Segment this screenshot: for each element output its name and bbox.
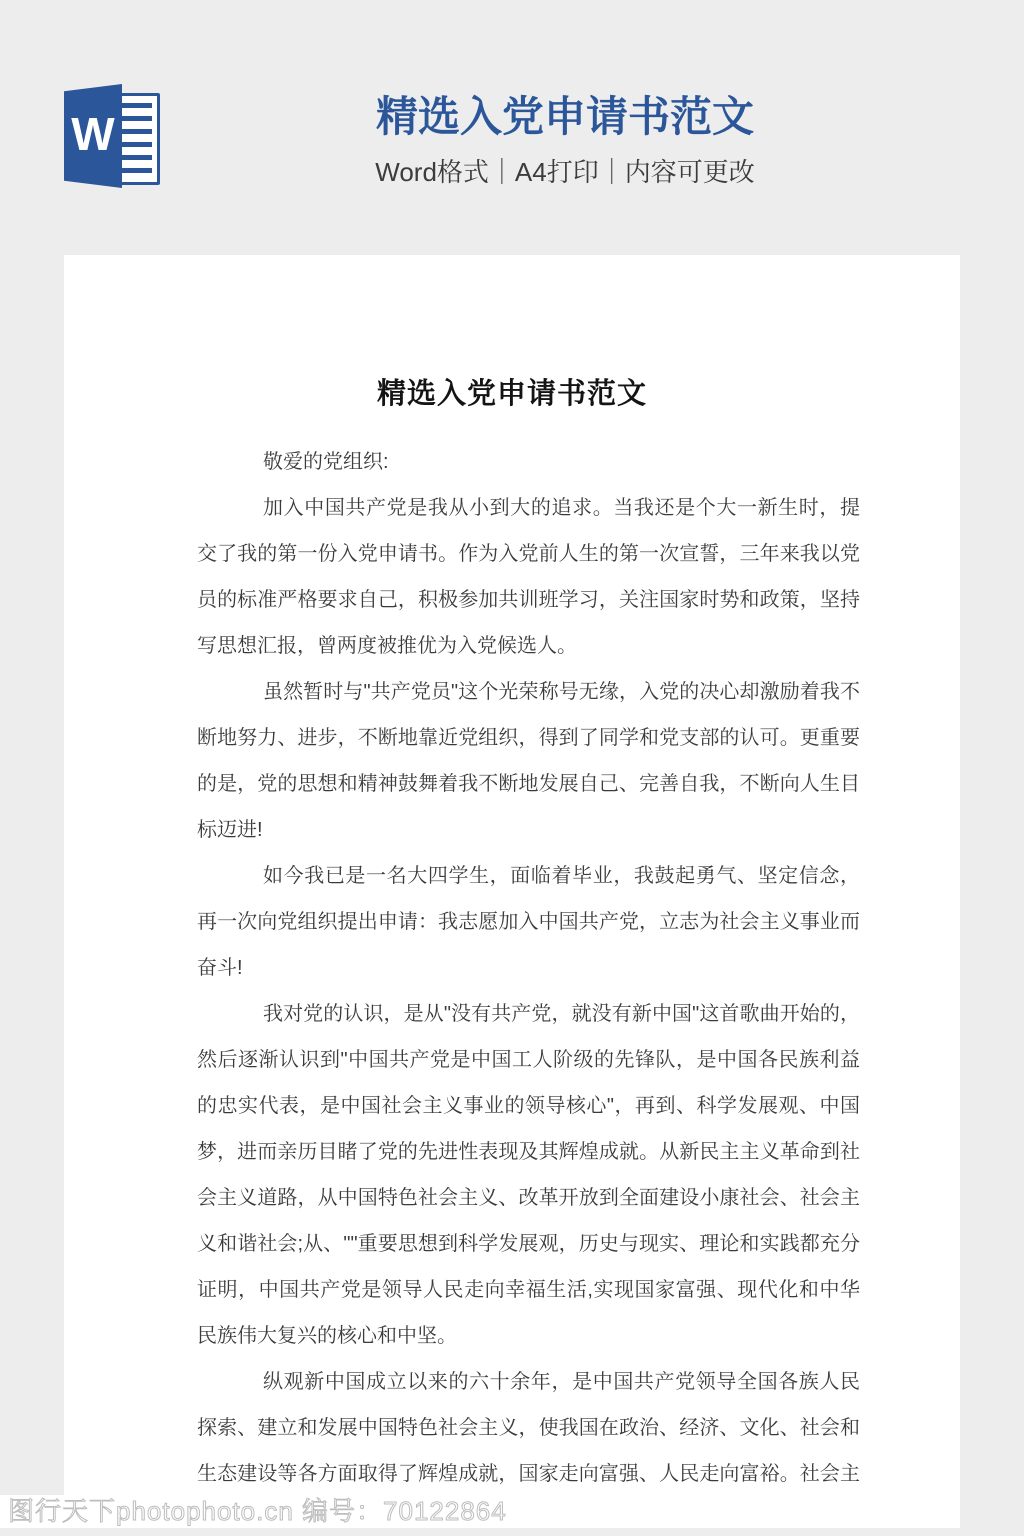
document-paragraph: 虽然暂时与"共产党员"这个光荣称号无缘，入党的决心却激励着我不断地努力、进步，不… (197, 669, 860, 853)
document-title: 精选入党申请书范文 (64, 255, 960, 412)
word-file-icon: W (64, 84, 160, 188)
watermark-bar: 图行天下photophoto.cn 编号：70122864 (0, 1495, 960, 1528)
word-icon-letter: W (71, 111, 114, 161)
word-icon-text-lines (120, 103, 152, 175)
document-paragraph: 如今我已是一名大四学生，面临着毕业，我鼓起勇气、坚定信念，再一次向党组织提出申请… (197, 853, 860, 991)
document-body: 敬爱的党组织:加入中国共产党是我从小到大的追求。当我还是个大一新生时，提交了我的… (64, 439, 960, 1536)
document-page: 精选入党申请书范文 敬爱的党组织:加入中国共产党是我从小到大的追求。当我还是个大… (64, 255, 960, 1528)
header-title: 精选入党申请书范文 (376, 84, 754, 144)
template-preview: W 精选入党申请书范文 Word格式｜A4打印｜内容可更改 精选入党申请书范文 … (0, 0, 1024, 1536)
watermark-text: 图行天下photophoto.cn 编号：70122864 (8, 1495, 507, 1528)
word-icon-cover: W (64, 84, 122, 188)
document-paragraph: 敬爱的党组织: (197, 439, 860, 485)
header-subtitle: Word格式｜A4打印｜内容可更改 (375, 152, 754, 189)
document-paragraph: 我对党的认识，是从"没有共产党，就没有新中国"这首歌曲开始的，然后逐渐认识到"中… (197, 991, 860, 1359)
document-paragraph: 加入中国共产党是我从小到大的追求。当我还是个大一新生时，提交了我的第一份入党申请… (197, 485, 860, 669)
